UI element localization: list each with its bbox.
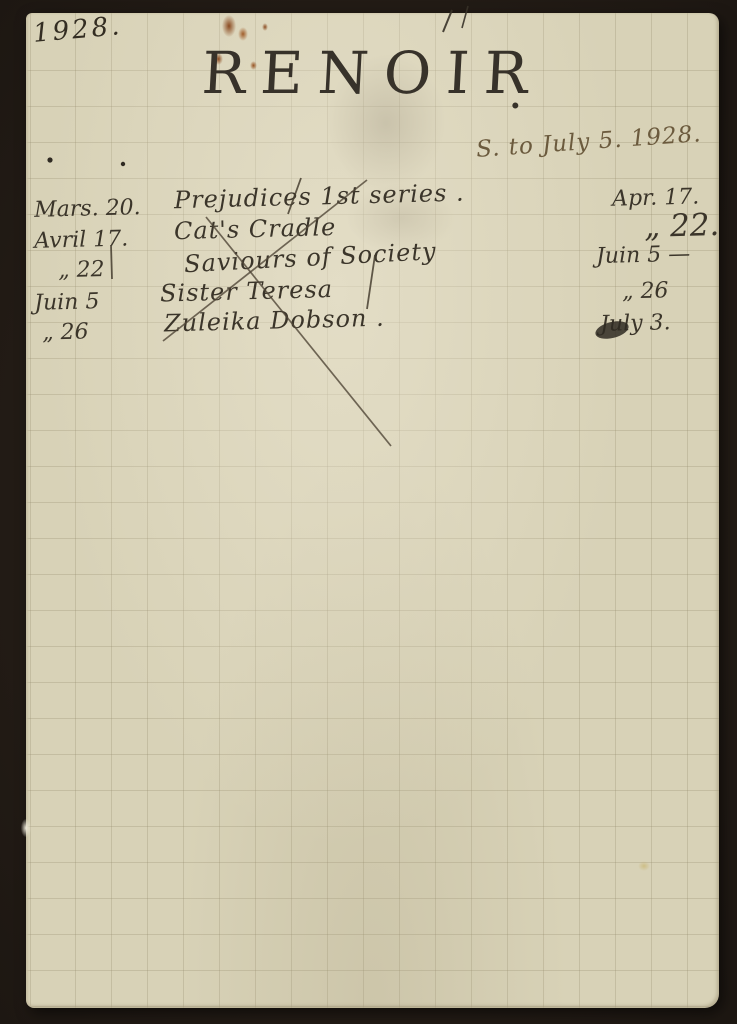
borrow-date: „ 26 [42,319,89,345]
borrow-date: „ 22 [58,257,105,283]
book-title: Cat's Cradle [174,213,337,245]
library-card: 1928. RENOIR . S. to July 5. 1928. Mars.… [26,13,719,1008]
year-annotation: 1928. [32,11,124,49]
rust-stain [222,15,236,37]
paper-chip [21,819,31,837]
photo-background: 1928. RENOIR . S. to July 5. 1928. Mars.… [0,0,737,1024]
book-title: Prejudices 1st series . [174,179,465,215]
return-date: July 3. [600,310,671,337]
paper-spot [638,861,650,871]
card-title: RENOIR [200,39,544,107]
book-title: Zuleika Dobson . [164,304,385,338]
card-title-period: . [508,65,523,119]
rust-stain [262,23,268,31]
book-title: Sister Teresa [160,275,334,308]
subscription-note: S. to July 5. 1928. [475,121,702,163]
